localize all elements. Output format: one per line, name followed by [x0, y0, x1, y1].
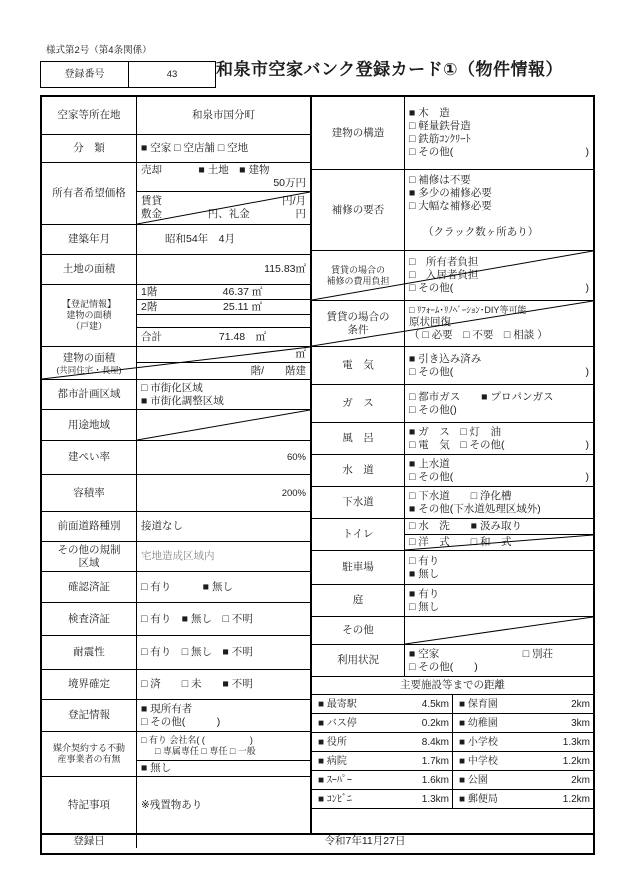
floor2-row: 2階25.11 ㎡ — [137, 300, 310, 315]
row-front-road: 前面道路種別 接道なし — [42, 512, 310, 542]
inspection-cert-options: □ 有り ■ 無し □ 不明 — [141, 613, 306, 626]
rental-cond-opt3: （ □ 必要 □ 不要 □ 相談 ） — [409, 329, 589, 342]
registration-number-value: 43 — [129, 62, 215, 87]
distance-header: 主要施設等までの距離 — [312, 677, 593, 695]
rental-conditions-label-2: 条件 — [348, 324, 369, 337]
right-column: 建物の構造 ■ 木 造 □ 軽量鉄骨造 □ 鉄筋ｺﾝｸﾘｰﾄ □ その他() 補… — [312, 97, 593, 833]
strikethrough-line — [137, 410, 310, 440]
sale-price-value: 50万円 — [141, 177, 306, 190]
confirmation-cert-options: □ 有り ■ 無し — [141, 581, 306, 594]
water-label: 水 道 — [312, 455, 405, 486]
city-planning-opt2: ■ 市街化調整区域 — [141, 395, 306, 408]
gas-opt1: □ 都市ガス ■ プロパンガス — [409, 391, 589, 404]
toilet-opt2: □ 洋 式 □ 和 式 — [409, 536, 589, 549]
row-building-area-detached: 【登記情報】 建物の面積 （戸建） 1階46.37 ㎡ 2階25.11 ㎡ 合計… — [42, 285, 310, 347]
front-road-value: 接道なし — [141, 520, 306, 533]
deposit-end: 円 — [296, 208, 307, 221]
rental-repair-opt3-end: ) — [586, 282, 590, 295]
facility-name: ■ 役所 — [318, 736, 347, 749]
facility-name: ■ ｽｰﾊﾟｰ — [318, 774, 352, 787]
row-land-area: 土地の面積 115.83㎡ — [42, 255, 310, 285]
registration-number-label: 登録番号 — [41, 62, 129, 87]
city-planning-label: 都市計画区域 — [42, 380, 137, 409]
rental-repair-opt1: □ 所有者負担 — [409, 256, 589, 269]
facility-name: ■ 小学校 — [459, 736, 498, 749]
floor2-area: 25.11 ㎡ — [179, 301, 306, 314]
distance-row: ■ 最寄駅4.5km ■ 保育園2km — [312, 695, 593, 714]
row-location: 空家等所在地 和泉市国分町 — [42, 97, 310, 135]
distance-row: ■ バス停0.2km ■ 幼稚園3km — [312, 714, 593, 733]
structure-opt3: □ 鉄筋ｺﾝｸﾘｰﾄ — [409, 133, 589, 146]
broker-opt2: □ 専属専任 □ 専任 □ 一般 — [141, 746, 306, 757]
structure-opt2: □ 軽量鉄骨造 — [409, 120, 589, 133]
broker-opt3: ■ 無し — [141, 762, 306, 775]
water-opt1: ■ 上水道 — [409, 458, 589, 471]
row-building-area-apartment: 建物の面積 (共同住宅・長屋) ㎡ 階/ 階建 — [42, 347, 310, 380]
structure-opt4: □ その他( — [409, 146, 453, 159]
sewer-opt1: □ 下水道 □ 浄化槽 — [409, 490, 589, 503]
other-value — [405, 617, 593, 644]
toilet-opt1: □ 水 洗 ■ 汲み取り — [409, 520, 589, 533]
parking-label: 駐車場 — [312, 551, 405, 584]
registry-opt1: ■ 現所有者 — [141, 703, 306, 716]
row-structure: 建物の構造 ■ 木 造 □ 軽量鉄骨造 □ 鉄筋ｺﾝｸﾘｰﾄ □ その他() — [312, 97, 593, 170]
total-area: 71.48 ㎡ — [179, 331, 306, 344]
facility-name: ■ 最寄駅 — [318, 698, 357, 711]
sale-label: 売却 — [141, 164, 162, 177]
broker-label-1: 媒介契約する不動 — [53, 743, 125, 754]
rental-repair-opt2: □ 入居者負担 — [409, 269, 589, 282]
garden-opt2: □ 無し — [409, 601, 589, 614]
rent-price-cell: 賃貸円/月 敷金円、礼金円 — [137, 192, 310, 224]
row-boundary-fixed: 境界確定 □ 済 □ 未 ■ 不明 — [42, 670, 310, 700]
facility-distance: 4.5km — [422, 698, 449, 711]
structure-label: 建物の構造 — [312, 97, 405, 169]
row-repair-need: 補修の要否 □ 補修は不要 ■ 多少の補修必要 □ 大幅な補修必要 （クラック数… — [312, 170, 593, 251]
deposit-label: 敷金 — [141, 208, 162, 221]
total-label: 合計 — [141, 331, 179, 344]
rental-repair-opt3: □ その他( — [409, 282, 453, 295]
distance-row: ■ 病院1.7km ■ 中学校1.2km — [312, 752, 593, 771]
facility-name: ■ 病院 — [318, 755, 347, 768]
regarea-label-1: 【登記情報】 — [62, 299, 116, 310]
row-use-district: 用途地域 — [42, 410, 310, 441]
land-area-value: 115.83㎡ — [141, 263, 306, 276]
facility-distance: 2km — [571, 774, 590, 787]
row-rental-repair-cost: 賃貸の場合の 補修の費用負担 □ 所有者負担 □ 入居者負担 □ その他() — [312, 251, 593, 301]
other-label: その他 — [312, 617, 405, 644]
rental-conditions-label-1: 賃貸の場合の — [327, 311, 390, 324]
deposit-mid: 円、礼金 — [208, 208, 250, 221]
table-body: 空家等所在地 和泉市国分町 分 類 ■ 空家 □ 空店舗 □ 空地 所有者希望価… — [42, 97, 593, 835]
distance-row: ■ ｽｰﾊﾟｰ1.6km ■ 公園2km — [312, 771, 593, 790]
other-regulation-label-2: 区域 — [79, 557, 100, 570]
row-parking: 駐車場 □ 有り ■ 無し — [312, 551, 593, 585]
electricity-opt1: ■ 引き込み済み — [409, 353, 589, 366]
toilet-label: トイレ — [312, 519, 405, 550]
bath-label: 風 呂 — [312, 423, 405, 454]
facility-name: ■ ｺﾝﾋﾞﾆ — [318, 793, 352, 806]
aptarea-floors: 階/ 階建 — [141, 365, 306, 378]
coverage-ratio-label: 建ぺい率 — [42, 441, 137, 474]
row-sewer: 下水道 □ 下水道 □ 浄化槽 ■ その他(下水道処理区域外) — [312, 487, 593, 519]
row-classification: 分 類 ■ 空家 □ 空店舗 □ 空地 — [42, 135, 310, 163]
floor2-label: 2階 — [141, 301, 179, 314]
other-regulation-value: 宅地造成区域内 — [141, 550, 306, 563]
inspection-cert-label: 検査済証 — [42, 603, 137, 635]
property-info-table: 空家等所在地 和泉市国分町 分 類 ■ 空家 □ 空店舗 □ 空地 所有者希望価… — [40, 95, 595, 855]
electricity-opt2-end: ) — [586, 366, 590, 379]
registry-info-label: 登記情報 — [42, 700, 137, 731]
confirmation-cert-label: 確認済証 — [42, 572, 137, 602]
row-garden: 庭 ■ 有り □ 無し — [312, 585, 593, 617]
boundary-fixed-options: □ 済 □ 未 ■ 不明 — [141, 678, 306, 691]
row-broker-contract: 媒介契約する不動 産事業者の有無 □ 有り 会社名( ( ) □ 専属専任 □ … — [42, 732, 310, 777]
coverage-ratio-value: 60% — [141, 451, 306, 464]
bath-opt1: ■ ガ ス □ 灯 油 — [409, 426, 589, 439]
row-special-notes: 特記事項 ※残置物あり — [42, 777, 310, 833]
repair-opt1: □ 補修は不要 — [409, 174, 589, 187]
form-note: 様式第2号（第4条関係） — [46, 44, 152, 57]
regarea-label-2: 建物の面積 — [66, 310, 111, 321]
facility-name: ■ バス停 — [318, 717, 357, 730]
row-gas: ガ ス □ 都市ガス ■ プロパンガス □ その他() — [312, 385, 593, 423]
land-area-label: 土地の面積 — [42, 255, 137, 284]
aptarea-sqm: ㎡ — [141, 348, 306, 361]
rental-repair-cost-label-2: 補修の費用負担 — [326, 276, 389, 287]
total-area-row: 合計71.48 ㎡ — [137, 328, 310, 346]
row-floor-area-ratio: 容積率 200% — [42, 475, 310, 512]
classification-options: ■ 空家 □ 空店舗 □ 空地 — [141, 142, 306, 155]
repair-need-label: 補修の要否 — [312, 170, 405, 250]
parking-opt2: ■ 無し — [409, 568, 589, 581]
usage-status-label: 利用状況 — [312, 645, 405, 676]
row-owner-price: 所有者希望価格 売却■ 土地 ■ 建物 50万円 賃貸円/月 敷金円、礼金円 — [42, 163, 310, 225]
vacant-house-registration-card: 様式第2号（第4条関係） 登録番号 43 和泉市空家バンク登録カード①（物件情報… — [0, 0, 631, 895]
aptarea-label-2: (共同住宅・長屋) — [56, 365, 121, 375]
facility-distance: 3km — [571, 717, 590, 730]
row-other-regulation: その他の規制 区域 宅地造成区域内 — [42, 542, 310, 572]
floor1-label: 1階 — [141, 286, 179, 299]
row-toilet: トイレ □ 水 洗 ■ 汲み取り □ 洋 式 □ 和 式 — [312, 519, 593, 551]
facility-name: ■ 幼稚園 — [459, 717, 498, 730]
sale-price-cell: 売却■ 土地 ■ 建物 50万円 — [137, 163, 310, 192]
bath-opt2: □ 電 気 □ その他( — [409, 439, 505, 452]
usage-opt2: □ その他( ) — [409, 661, 589, 674]
broker-opt1: □ 有り 会社名( ( ) — [141, 735, 306, 746]
row-registry-info: 登記情報 ■ 現所有者 □ その他( ) — [42, 700, 310, 732]
location-value: 和泉市国分町 — [141, 109, 306, 122]
facility-name: ■ 保育園 — [459, 698, 498, 711]
built-date-value: 昭和54年 4月 — [165, 233, 306, 246]
row-usage-status: 利用状況 ■ 空家□ 別荘 □ その他( ) — [312, 645, 593, 677]
garden-opt1: ■ 有り — [409, 588, 589, 601]
distance-row: ■ 役所8.4km ■ 小学校1.3km — [312, 733, 593, 752]
row-coverage-ratio: 建ぺい率 60% — [42, 441, 310, 475]
built-date-label: 建築年月 — [42, 225, 137, 254]
distance-row: ■ ｺﾝﾋﾞﾆ1.3km ■ 郵便局1.2km — [312, 790, 593, 809]
owner-price-label: 所有者希望価格 — [42, 163, 137, 224]
garden-label: 庭 — [312, 585, 405, 616]
registration-date-label: 登録日 — [42, 835, 137, 848]
row-bath: 風 呂 ■ ガ ス □ 灯 油 □ 電 気 □ その他() — [312, 423, 593, 455]
registration-date-row: 登録日 令和7年11月27日 — [42, 835, 593, 848]
use-district-label: 用途地域 — [42, 410, 137, 440]
sewer-opt2: ■ その他(下水道処理区域外) — [409, 503, 589, 516]
rental-cond-opt2: 原状回復 — [409, 316, 589, 329]
earthquake-resistance-label: 耐震性 — [42, 636, 137, 669]
row-rental-conditions: 賃貸の場合の 条件 □ ﾘﾌｫｰﾑ･ﾘﾉﾍﾞｰｼｮﾝ･DIY等可能 原状回復 （… — [312, 301, 593, 347]
structure-opt4-end: ) — [586, 146, 590, 159]
facility-name: ■ 中学校 — [459, 755, 498, 768]
use-district-value — [137, 410, 310, 440]
broker-label-2: 産事業者の有無 — [57, 754, 120, 765]
sale-options: ■ 土地 ■ 建物 — [162, 164, 306, 177]
row-other: その他 — [312, 617, 593, 645]
facility-distance: 8.4km — [422, 736, 449, 749]
strikethrough-line — [405, 617, 593, 644]
electricity-label: 電 気 — [312, 347, 405, 384]
city-planning-opt1: □ 市街化区域 — [141, 382, 306, 395]
facility-distance: 1.3km — [563, 736, 590, 749]
usage-opt1b: □ 別荘 — [523, 648, 553, 661]
rental-cond-opt1: □ ﾘﾌｫｰﾑ･ﾘﾉﾍﾞｰｼｮﾝ･DIY等可能 — [409, 305, 589, 316]
registration-date-value: 令和7年11月27日 — [137, 835, 593, 848]
facility-distance: 2km — [571, 698, 590, 711]
facility-distance: 0.2km — [422, 717, 449, 730]
row-inspection-cert: 検査済証 □ 有り ■ 無し □ 不明 — [42, 603, 310, 636]
water-opt2: □ その他( — [409, 471, 453, 484]
sewer-label: 下水道 — [312, 487, 405, 518]
left-column: 空家等所在地 和泉市国分町 分 類 ■ 空家 □ 空店舗 □ 空地 所有者希望価… — [42, 97, 312, 833]
facility-name: ■ 郵便局 — [459, 793, 498, 806]
floor1-row: 1階46.37 ㎡ — [137, 285, 310, 300]
structure-opt1: ■ 木 造 — [409, 107, 589, 120]
row-water: 水 道 ■ 上水道 □ その他() — [312, 455, 593, 487]
blank-cell — [312, 809, 593, 833]
earthquake-resistance-options: □ 有り □ 無し ■ 不明 — [141, 646, 306, 659]
gas-label: ガ ス — [312, 385, 405, 422]
row-earthquake-resistance: 耐震性 □ 有り □ 無し ■ 不明 — [42, 636, 310, 670]
usage-opt1: ■ 空家 — [409, 648, 439, 661]
row-built-date: 建築年月 昭和54年 4月 — [42, 225, 310, 255]
front-road-label: 前面道路種別 — [42, 512, 137, 541]
floor-area-ratio-label: 容積率 — [42, 475, 137, 511]
other-regulation-label-1: その他の規制 — [58, 544, 121, 557]
facility-distance: 1.3km — [422, 793, 449, 806]
location-label: 空家等所在地 — [42, 97, 137, 134]
rent-label: 賃貸 — [141, 195, 162, 208]
row-electricity: 電 気 ■ 引き込み済み □ その他() — [312, 347, 593, 385]
regarea-label-3: （戸建） — [71, 321, 107, 332]
special-notes-value: ※残置物あり — [141, 799, 306, 812]
facility-name: ■ 公園 — [459, 774, 488, 787]
bath-opt2-end: ) — [586, 439, 590, 452]
page-title: 和泉市空家バンク登録カード①（物件情報） — [216, 63, 563, 76]
facility-distance: 1.7km — [422, 755, 449, 768]
repair-note: （クラック数ヶ所あり） — [409, 226, 589, 239]
registry-opt2: □ その他( ) — [141, 716, 306, 729]
special-notes-label: 特記事項 — [42, 777, 137, 833]
classification-label: 分 類 — [42, 135, 137, 162]
registration-number-box: 登録番号 43 — [40, 61, 216, 88]
floor-area-ratio-value: 200% — [141, 487, 306, 500]
electricity-opt2: □ その他( — [409, 366, 453, 379]
aptarea-label-1: 建物の面積 — [63, 352, 116, 365]
boundary-fixed-label: 境界確定 — [42, 670, 137, 699]
water-opt2-end: ) — [586, 471, 590, 484]
facility-distance: 1.2km — [563, 755, 590, 768]
row-confirmation-cert: 確認済証 □ 有り ■ 無し — [42, 572, 310, 603]
gas-opt2: □ その他() — [409, 404, 589, 417]
rent-unit: 円/月 — [282, 195, 306, 208]
repair-opt2: ■ 多少の補修必要 — [409, 187, 589, 200]
rental-repair-cost-label-1: 賃貸の場合の — [331, 265, 385, 276]
row-city-planning: 都市計画区域 □ 市街化区域 ■ 市街化調整区域 — [42, 380, 310, 410]
facility-distance: 1.6km — [422, 774, 449, 787]
parking-opt1: □ 有り — [409, 555, 589, 568]
repair-opt3: □ 大幅な補修必要 — [409, 200, 589, 213]
floor-blank-row — [137, 315, 310, 328]
floor1-area: 46.37 ㎡ — [179, 286, 306, 299]
facility-distance: 1.2km — [563, 793, 590, 806]
